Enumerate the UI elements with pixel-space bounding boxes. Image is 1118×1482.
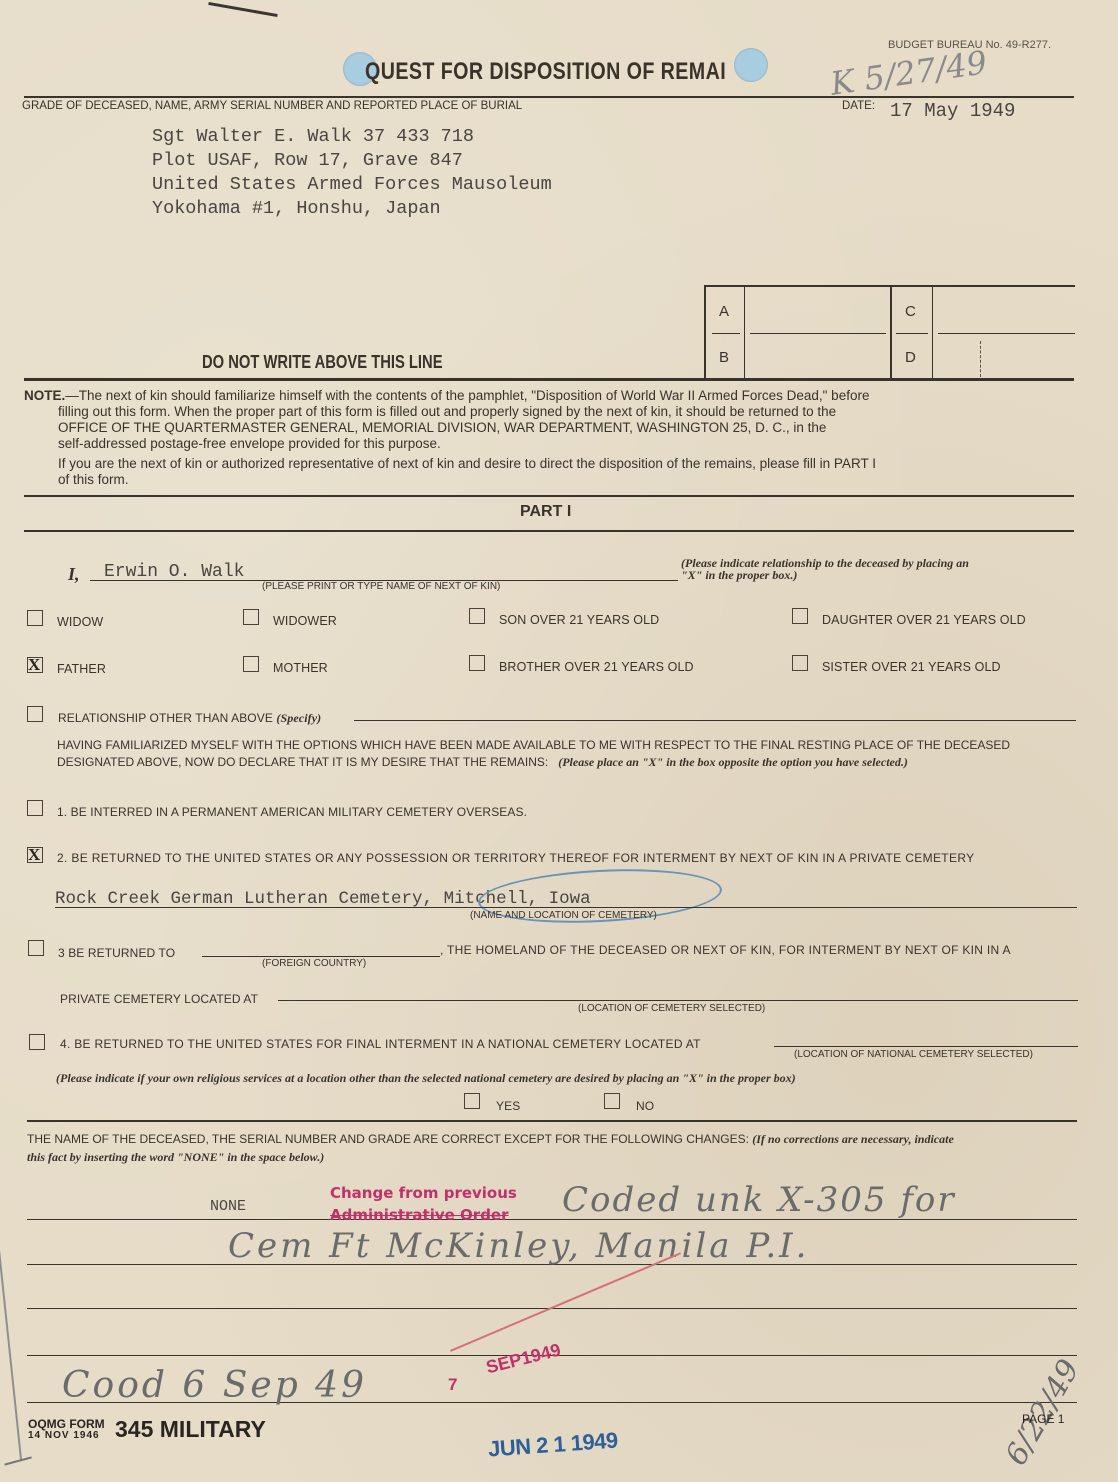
form-title: QUEST FOR DISPOSITION OF REMAI — [365, 58, 726, 86]
cemetery-underline — [55, 907, 1077, 908]
form-number: 345 MILITARY — [115, 1416, 266, 1443]
deceased-line: Plot USAF, Row 17, Grave 847 — [152, 149, 552, 173]
yes-checkbox[interactable] — [464, 1093, 480, 1109]
corrections-top-rule — [27, 1120, 1077, 1122]
handwritten-code-top: K 5/27/49 — [828, 43, 989, 103]
handwritten-correction-2: Cem Ft McKinley, Manila P.I. — [228, 1226, 809, 1266]
option-1-checkbox[interactable] — [27, 800, 43, 816]
relationship-instruction: (Please indicate relationship to the dec… — [681, 557, 969, 581]
widow-label: WIDOW — [57, 615, 103, 629]
mother-checkbox[interactable] — [243, 656, 259, 672]
note-line: —The next of kin should familiarize hims… — [65, 388, 869, 403]
date-value[interactable]: 17 May 1949 — [890, 100, 1015, 122]
page-number: PAGE 1 — [1022, 1412, 1064, 1426]
option-3-label: 3 BE RETURNED TO — [58, 946, 175, 960]
title-rule — [24, 96, 1074, 98]
x-mark-icon: X — [28, 655, 40, 675]
handwritten-correction-1: Coded unk X-305 for — [562, 1180, 956, 1220]
no-checkbox[interactable] — [604, 1093, 620, 1109]
widower-label: WIDOWER — [273, 614, 337, 628]
part1-top-rule — [24, 495, 1074, 497]
deceased-line: Sgt Walter E. Walk 37 433 718 — [152, 125, 552, 149]
no-label: NO — [636, 1099, 654, 1113]
other-relationship-checkbox[interactable] — [27, 706, 43, 722]
deceased-info[interactable]: Sgt Walter E. Walk 37 433 718 Plot USAF,… — [152, 125, 552, 221]
do-not-write-rule — [24, 378, 1074, 381]
part1-heading: PART I — [520, 503, 571, 521]
office-box-d: D — [905, 349, 916, 366]
option-2-label: 2. BE RETURNED TO THE UNITED STATES OR A… — [57, 851, 974, 865]
jun-received-stamp: JUN 2 1 1949 — [487, 1428, 618, 1463]
corrections-instruction: THE NAME OF THE DECEASED, THE SERIAL NUM… — [27, 1130, 954, 1166]
sep-stamp: SEP1949 — [484, 1340, 563, 1379]
date-label: DATE: — [842, 100, 875, 112]
sep-stamp-day: 7 — [448, 1375, 457, 1395]
deceased-line: Yokohama #1, Honshu, Japan — [152, 197, 552, 221]
note-lead: NOTE. — [24, 388, 65, 403]
pencil-mark — [208, 2, 277, 17]
x-mark-icon: X — [28, 845, 40, 865]
yes-label: YES — [496, 1099, 520, 1113]
do-not-write-notice: DO NOT WRITE ABOVE THIS LINE — [202, 352, 443, 373]
i-label: I, — [68, 564, 80, 585]
father-checkbox[interactable]: X — [27, 657, 43, 673]
next-of-kin-name-field[interactable]: Erwin O. Walk — [104, 562, 244, 582]
handwritten-coded-date: Cood 6 Sep 49 — [62, 1365, 367, 1406]
son-label: SON OVER 21 YEARS OLD — [499, 613, 659, 627]
national-cemetery-field[interactable] — [774, 1046, 1078, 1047]
private-cemetery-label: PRIVATE CEMETERY LOCATED AT — [60, 992, 258, 1006]
change-stamp: Change from previous Administrative Orde… — [330, 1182, 517, 1226]
punch-hole-right — [734, 48, 768, 82]
sister-checkbox[interactable] — [792, 655, 808, 671]
note-line: OFFICE OF THE QUARTERMASTER GENERAL, MEM… — [24, 420, 1076, 436]
other-relationship-label: RELATIONSHIP OTHER THAN ABOVE (Specify) — [58, 711, 321, 726]
office-box-b: B — [719, 349, 729, 366]
daughter-label: DAUGHTER OVER 21 YEARS OLD — [822, 613, 1026, 627]
father-label: FATHER — [57, 662, 106, 676]
widow-checkbox[interactable] — [27, 610, 43, 626]
daughter-checkbox[interactable] — [792, 608, 808, 624]
widower-checkbox[interactable] — [243, 609, 259, 625]
grade-label: GRADE OF DECEASED, NAME, ARMY SERIAL NUM… — [22, 100, 522, 112]
next-of-kin-caption: (PLEASE PRINT OR TYPE NAME OF NEXT OF KI… — [262, 581, 500, 592]
form-id: OQMG FORM 14 NOV 1946 — [28, 1418, 105, 1442]
foreign-country-caption: (FOREIGN COUNTRY) — [262, 958, 366, 969]
margin-cross-mark — [4, 1456, 31, 1465]
part1-bottom-rule — [24, 530, 1074, 532]
option-3-label-cont: , THE HOMELAND OF THE DECEASED OR NEXT O… — [440, 943, 1011, 957]
cemetery-caption: (NAME AND LOCATION OF CEMETERY) — [470, 910, 657, 921]
office-box-a: A — [719, 303, 729, 320]
sister-label: SISTER OVER 21 YEARS OLD — [822, 660, 1001, 674]
deceased-line: United States Armed Forces Mausoleum — [152, 173, 552, 197]
red-pencil-line — [450, 1252, 681, 1352]
option-3-checkbox[interactable] — [28, 940, 44, 956]
margin-pencil-mark — [0, 1231, 22, 1460]
religious-services-instruction: (Please indicate if your own religious s… — [56, 1071, 796, 1086]
brother-checkbox[interactable] — [469, 655, 485, 671]
note-line: of this form. — [24, 472, 1076, 488]
note-line: filling out this form. When the proper p… — [24, 404, 1076, 420]
office-box-c: C — [905, 303, 916, 320]
option-4-label: 4. BE RETURNED TO THE UNITED STATES FOR … — [60, 1037, 701, 1051]
note-line: If you are the next of kin or authorized… — [24, 456, 1076, 472]
private-cemetery-caption: (LOCATION OF CEMETERY SELECTED) — [578, 1003, 765, 1014]
son-checkbox[interactable] — [469, 608, 485, 624]
declaration-text: HAVING FAMILIARIZED MYSELF WITH THE OPTI… — [57, 737, 1010, 771]
other-relationship-field[interactable] — [354, 720, 1076, 721]
office-use-box: A B C D — [704, 285, 1075, 378]
foreign-country-field[interactable] — [202, 956, 440, 957]
option-1-label: 1. BE INTERRED IN A PERMANENT AMERICAN M… — [57, 805, 527, 819]
option-4-checkbox[interactable] — [29, 1034, 45, 1050]
brother-label: BROTHER OVER 21 YEARS OLD — [499, 660, 694, 674]
mother-label: MOTHER — [273, 661, 328, 675]
corrections-typed-value: NONE — [210, 1198, 246, 1215]
note-line: self-addressed postage-free envelope pro… — [24, 436, 1076, 452]
option-2-checkbox[interactable]: X — [27, 847, 43, 863]
private-cemetery-field[interactable] — [278, 1000, 1078, 1001]
note-section: NOTE.—The next of kin should familiarize… — [24, 388, 1076, 488]
national-cemetery-caption: (LOCATION OF NATIONAL CEMETERY SELECTED) — [794, 1049, 1033, 1060]
